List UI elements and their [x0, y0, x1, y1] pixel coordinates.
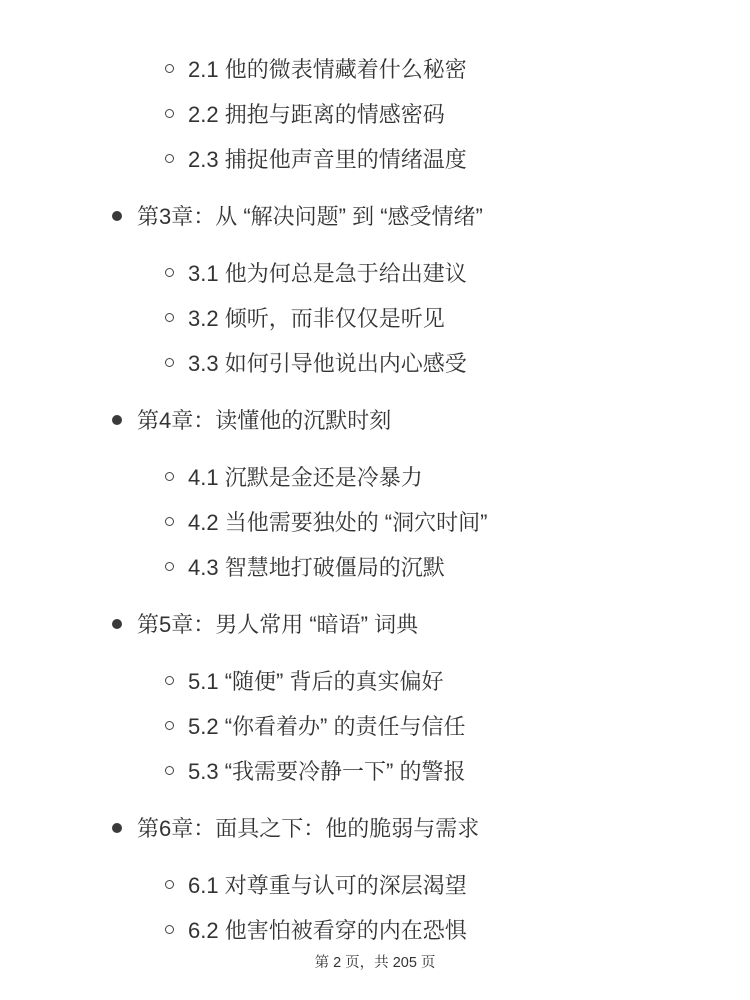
toc-subitem: 2.2 拥抱与距离的情感密码 — [0, 91, 750, 136]
hollow-bullet-icon — [165, 925, 174, 934]
toc-subitem: 3.1 他为何总是急于给出建议 — [0, 250, 750, 295]
toc-subitem-label: 5.1 “随便” 背后的真实偏好 — [188, 665, 443, 696]
hollow-bullet-icon — [165, 268, 174, 277]
toc-subitem-label: 4.1 沉默是金还是冷暴力 — [188, 461, 423, 492]
toc-subitem-label: 2.2 拥抱与距离的情感密码 — [188, 98, 445, 129]
toc-subitem-label: 6.2 他害怕被看穿的内在恐惧 — [188, 914, 467, 945]
hollow-bullet-icon — [165, 676, 174, 685]
toc-chapter-label: 第5章：男人常用 “暗语” 词典 — [137, 608, 418, 639]
filled-bullet-icon — [112, 211, 122, 221]
toc-subitem-label: 6.1 对尊重与认可的深层渴望 — [188, 869, 467, 900]
toc-subitem: 6.1 对尊重与认可的深层渴望 — [0, 862, 750, 907]
toc-subitem: 2.1 他的微表情藏着什么秘密 — [0, 46, 750, 91]
hollow-bullet-icon — [165, 358, 174, 367]
filled-bullet-icon — [112, 619, 122, 629]
hollow-bullet-icon — [165, 154, 174, 163]
toc-subitem-label: 3.3 如何引导他说出内心感受 — [188, 347, 467, 378]
toc-subitem: 4.2 当他需要独处的 “洞穴时间” — [0, 499, 750, 544]
toc-subitem: 6.2 他害怕被看穿的内在恐惧 — [0, 907, 750, 952]
hollow-bullet-icon — [165, 472, 174, 481]
toc-subitem-label: 3.1 他为何总是急于给出建议 — [188, 257, 467, 288]
toc-chapter: 第6章：面具之下：他的脆弱与需求 — [0, 805, 750, 850]
hollow-bullet-icon — [165, 562, 174, 571]
toc-subitem-label: 2.1 他的微表情藏着什么秘密 — [188, 53, 467, 84]
toc-chapter-label: 第6章：面具之下：他的脆弱与需求 — [137, 812, 479, 843]
hollow-bullet-icon — [165, 880, 174, 889]
toc-subitem-label: 2.3 捕捉他声音里的情绪温度 — [188, 143, 467, 174]
toc-subitem-label: 5.3 “我需要冷静一下” 的警报 — [188, 755, 465, 786]
hollow-bullet-icon — [165, 109, 174, 118]
hollow-bullet-icon — [165, 64, 174, 73]
hollow-bullet-icon — [165, 766, 174, 775]
toc-chapter: 第5章：男人常用 “暗语” 词典 — [0, 601, 750, 646]
toc-subitem: 3.2 倾听，而非仅仅是听见 — [0, 295, 750, 340]
toc-subitem: 4.3 智慧地打破僵局的沉默 — [0, 544, 750, 589]
document-page: 2.1 他的微表情藏着什么秘密 2.2 拥抱与距离的情感密码 2.3 捕捉他声音… — [0, 0, 750, 952]
toc-subitem-label: 5.2 “你看着办” 的责任与信任 — [188, 710, 465, 741]
toc-chapter-label: 第4章：读懂他的沉默时刻 — [137, 404, 391, 435]
hollow-bullet-icon — [165, 721, 174, 730]
toc-subitem-label: 4.3 智慧地打破僵局的沉默 — [188, 551, 445, 582]
toc-subitem: 4.1 沉默是金还是冷暴力 — [0, 454, 750, 499]
toc-chapter-label: 第3章：从 “解决问题” 到 “感受情绪” — [137, 200, 483, 231]
toc-chapter: 第4章：读懂他的沉默时刻 — [0, 397, 750, 442]
filled-bullet-icon — [112, 823, 122, 833]
toc-subitem: 3.3 如何引导他说出内心感受 — [0, 340, 750, 385]
toc-subitem-label: 4.2 当他需要独处的 “洞穴时间” — [188, 506, 487, 537]
toc-subitem: 5.1 “随便” 背后的真实偏好 — [0, 658, 750, 703]
filled-bullet-icon — [112, 415, 122, 425]
toc-chapter: 第3章：从 “解决问题” 到 “感受情绪” — [0, 193, 750, 238]
toc-subitem: 2.3 捕捉他声音里的情绪温度 — [0, 136, 750, 181]
hollow-bullet-icon — [165, 313, 174, 322]
toc-subitem-label: 3.2 倾听，而非仅仅是听见 — [188, 302, 445, 333]
hollow-bullet-icon — [165, 517, 174, 526]
toc-subitem: 5.2 “你看着办” 的责任与信任 — [0, 703, 750, 748]
toc-subitem: 5.3 “我需要冷静一下” 的警报 — [0, 748, 750, 793]
page-number-indicator: 第 2 页，共 205 页 — [0, 951, 750, 972]
